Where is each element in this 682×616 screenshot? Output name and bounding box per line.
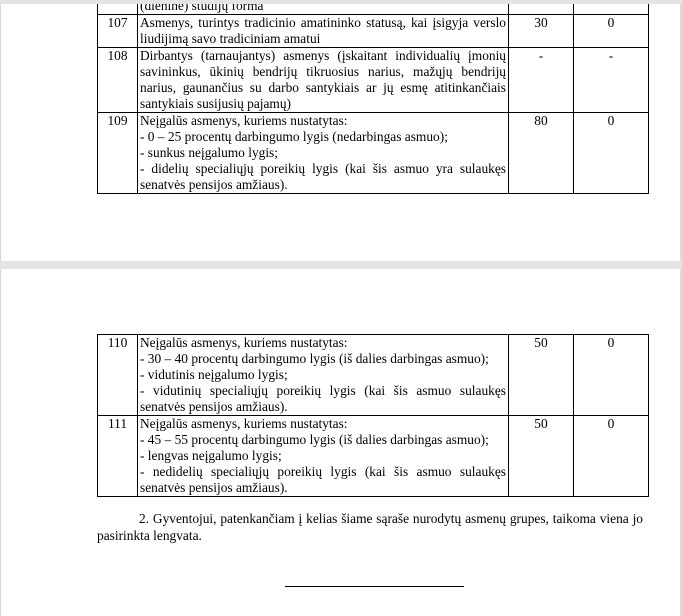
desc-line: - 30 – 40 procentų darbingumo lygis (iš … <box>140 351 506 367</box>
row-value-1: - <box>509 48 574 113</box>
row-description: Neįgalūs asmenys, kuriems nustatytas: - … <box>138 416 509 497</box>
paragraph-2: 2. Gyventojui, patenkančiam į kelias šia… <box>97 510 643 544</box>
row-number: 108 <box>98 48 138 113</box>
row-value-2: 0 <box>574 335 649 416</box>
row-value-2 <box>574 4 649 15</box>
table-row-110: 110 Neįgalūs asmenys, kuriems nustatytas… <box>98 335 649 416</box>
table-row-partial: (dieninė) studijų forma <box>98 4 649 15</box>
paragraph-line: pasirinkta lengvata. <box>97 527 643 544</box>
desc-line: senatvės pensijos amžiaus). <box>140 399 506 415</box>
desc-line: - sunkus neįgalumo lygis; <box>140 145 506 161</box>
row-number <box>98 4 138 15</box>
desc-line: Neįgalūs asmenys, kuriems nustatytas: <box>140 113 506 129</box>
desc-line: - nedidelių specialiųjų poreikių lygis (… <box>140 464 506 480</box>
row-value-2: 0 <box>574 113 649 194</box>
benefits-table-part-1: (dieninė) studijų forma 107 Asmenys, tur… <box>97 4 649 194</box>
desc-line: narius, gaunančius su darbo santykiais a… <box>140 80 506 96</box>
desc-line: liudijimą savo tradiciniam amatui <box>140 31 506 47</box>
row-value-1: 50 <box>509 416 574 497</box>
end-separator-line <box>285 586 464 587</box>
row-value-1: 50 <box>509 335 574 416</box>
paragraph-line: 2. Gyventojui, patenkančiam į kelias šia… <box>97 510 643 527</box>
desc-line: Dirbantys (tarnaujantys) asmenys (įskait… <box>140 48 506 64</box>
desc-line: senatvės pensijos amžiaus). <box>140 177 506 193</box>
row-description: (dieninė) studijų forma <box>138 4 509 15</box>
row-description: Neįgalūs asmenys, kuriems nustatytas: - … <box>138 113 509 194</box>
row-value-2: 0 <box>574 416 649 497</box>
row-value-2: - <box>574 48 649 113</box>
table-row-108: 108 Dirbantys (tarnaujantys) asmenys (įs… <box>98 48 649 113</box>
desc-line: Neįgalūs asmenys, kuriems nustatytas: <box>140 335 506 351</box>
desc-line: - vidutinis neįgalumo lygis; <box>140 367 506 383</box>
row-number: 109 <box>98 113 138 194</box>
benefits-table-part-2: 110 Neįgalūs asmenys, kuriems nustatytas… <box>97 334 649 497</box>
row-number: 110 <box>98 335 138 416</box>
row-number: 111 <box>98 416 138 497</box>
row-value-2: 0 <box>574 15 649 48</box>
desc-line: Neįgalūs asmenys, kuriems nustatytas: <box>140 416 506 432</box>
row-value-1: 30 <box>509 15 574 48</box>
desc-line: santykiais susijusių pajamų) <box>140 96 506 112</box>
row-description: Neįgalūs asmenys, kuriems nustatytas: - … <box>138 335 509 416</box>
table-row-111: 111 Neįgalūs asmenys, kuriems nustatytas… <box>98 416 649 497</box>
row-description: Asmenys, turintys tradicinio amatininko … <box>138 15 509 48</box>
document-page-1: (dieninė) studijų forma 107 Asmenys, tur… <box>0 4 681 261</box>
row-description: Dirbantys (tarnaujantys) asmenys (įskait… <box>138 48 509 113</box>
desc-line: - didelių specialiųjų poreikių lygis (ka… <box>140 161 506 177</box>
desc-line: senatvės pensijos amžiaus). <box>140 480 506 496</box>
table-row-109: 109 Neįgalūs asmenys, kuriems nustatytas… <box>98 113 649 194</box>
desc-line: - lengvas neįgalumo lygis; <box>140 448 506 464</box>
desc-line: - 0 – 25 procentų darbingumo lygis (neda… <box>140 129 506 145</box>
document-page-2: 110 Neįgalūs asmenys, kuriems nustatytas… <box>0 269 681 616</box>
row-value-1 <box>509 4 574 15</box>
row-value-1: 80 <box>509 113 574 194</box>
table-row-107: 107 Asmenys, turintys tradicinio amatini… <box>98 15 649 48</box>
desc-line: (dieninė) studijų forma <box>140 4 506 14</box>
row-number: 107 <box>98 15 138 48</box>
desc-line: - 45 – 55 procentų darbingumo lygis (iš … <box>140 432 506 448</box>
desc-line: savininkus, ūkinių bendrijų tikruosius n… <box>140 64 506 80</box>
desc-line: Asmenys, turintys tradicinio amatininko … <box>140 15 506 31</box>
desc-line: - vidutinių specialiųjų poreikių lygis (… <box>140 383 506 399</box>
